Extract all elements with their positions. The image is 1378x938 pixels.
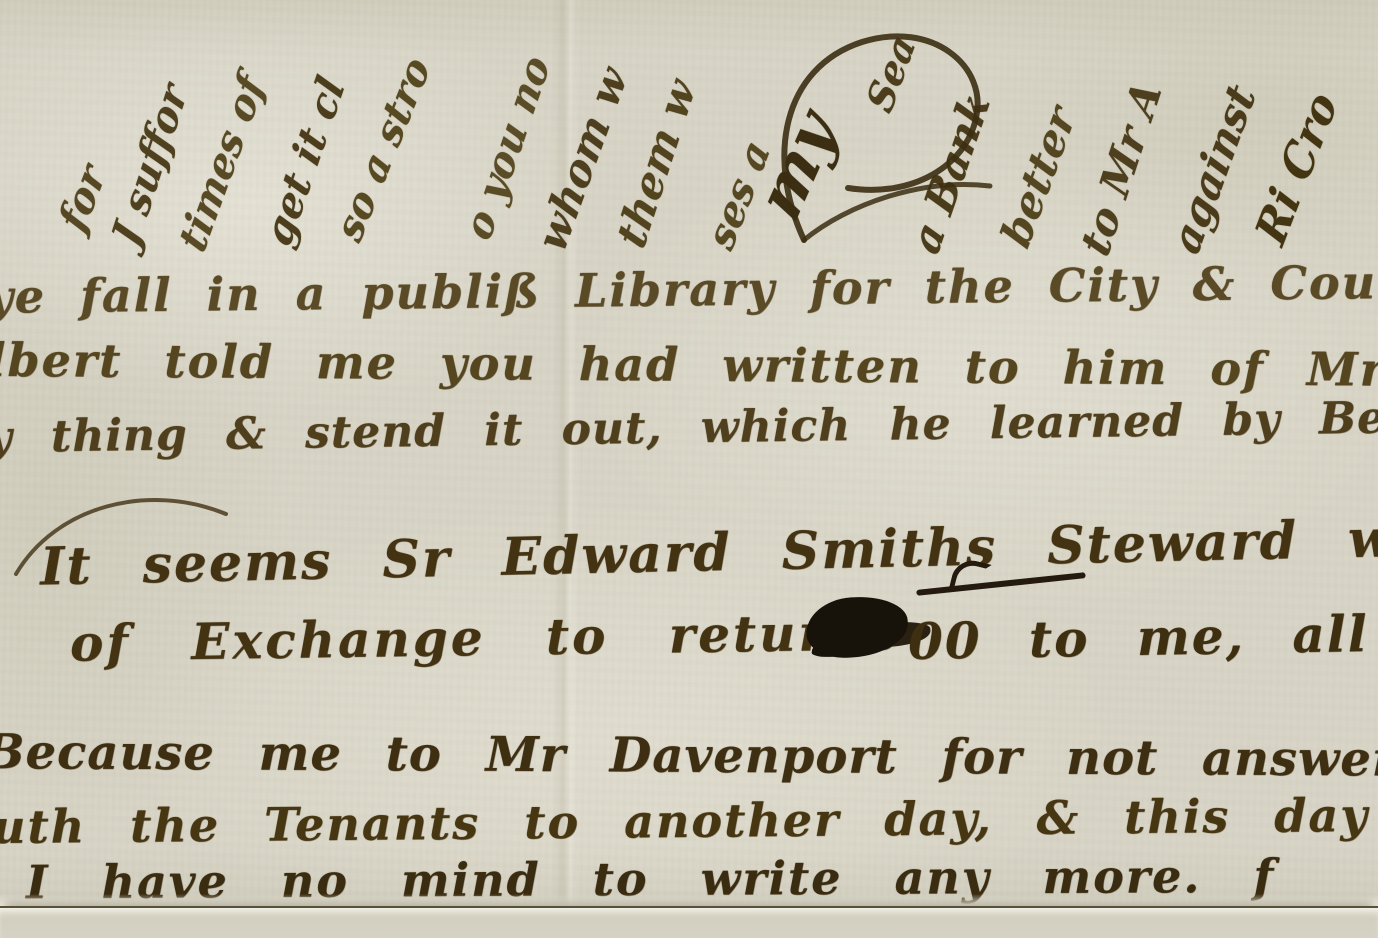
fold-crease — [0, 906, 1378, 938]
manuscript-line: ye fall in a publiß Library for the City… — [0, 254, 1378, 324]
manuscript-line: of Exchange to returne — [70, 602, 903, 673]
cross-writing-snippet: against — [1162, 77, 1266, 261]
manuscript-line: 00 to me, all — [908, 604, 1370, 671]
fold-highlight — [0, 894, 1378, 906]
manuscript-line: y thing & stend it out, which he learned… — [0, 392, 1378, 463]
cross-writing-snippet: Sea — [857, 28, 924, 119]
cross-writing-snippet: Ri Cro — [1246, 84, 1348, 253]
manuscript-line: Because me to Mr Davenport for not answe… — [0, 724, 1378, 788]
cross-writing-snippet: to Mr A — [1071, 74, 1171, 263]
manuscript-page: rs f for J suffor times of get it cl so … — [0, 0, 1378, 938]
manuscript-line: uth the Tenants to another day, & this d… — [0, 788, 1369, 854]
cross-writing-snippet: better — [992, 98, 1085, 255]
cross-writing-snippet: rs f — [0, 154, 6, 245]
manuscript-line: lbert told me you had written to him of … — [0, 333, 1378, 397]
cross-writing-snippet: a Bank — [901, 85, 999, 261]
manuscript-line: It seems Sr Edward Smiths Steward was no… — [40, 504, 1378, 598]
cross-writing-snippet: so a stro — [326, 49, 440, 249]
cross-writing-snippet: my — [744, 97, 851, 233]
